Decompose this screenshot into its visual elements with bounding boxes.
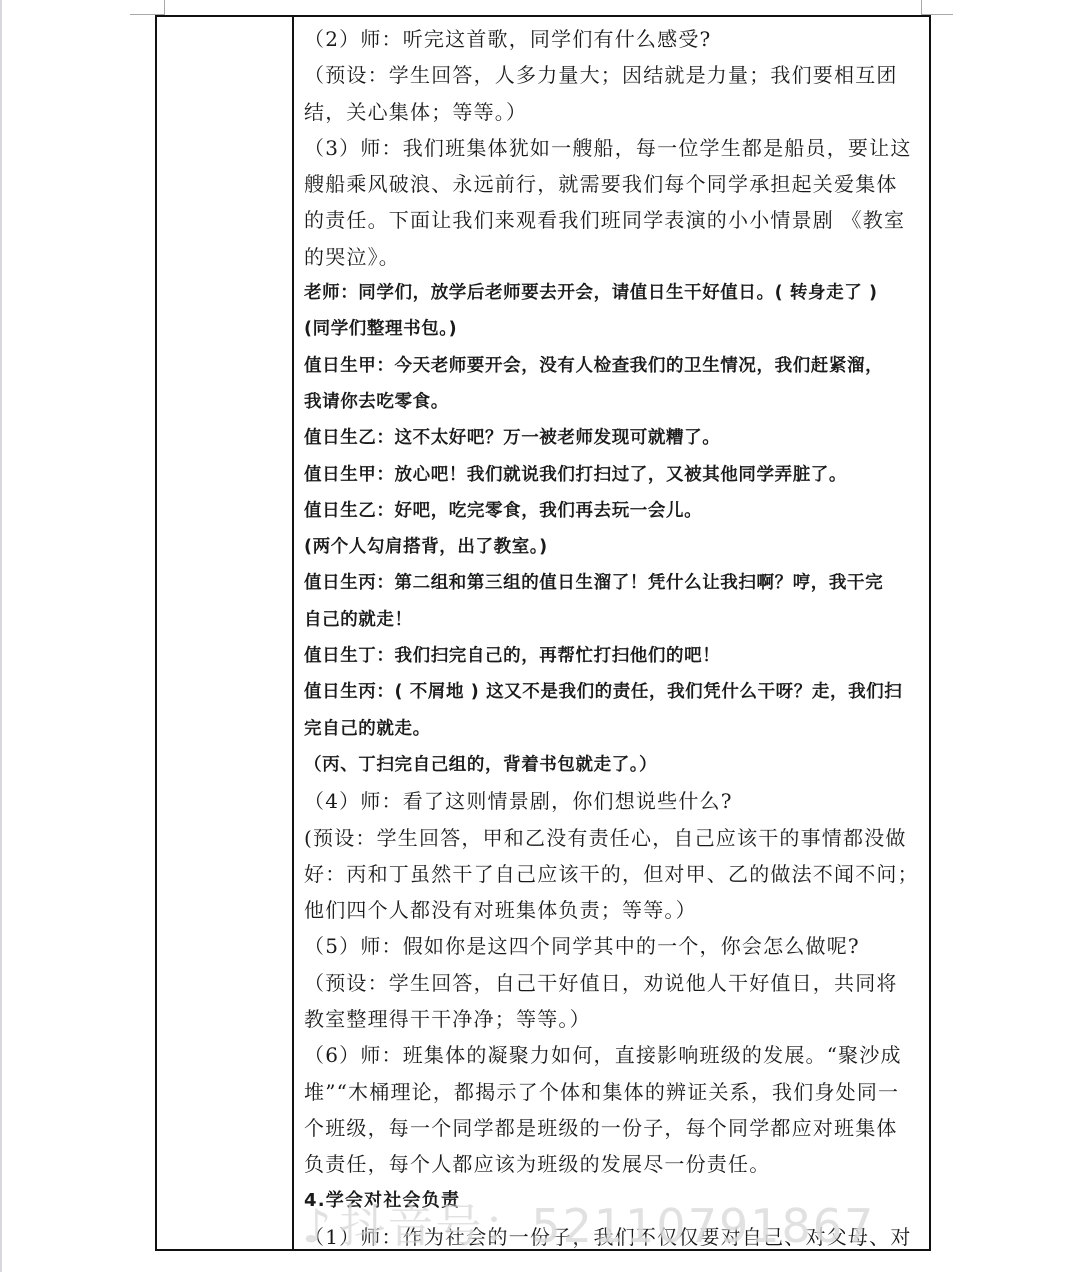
script-line: 值日生甲：放心吧！我们就说我们打扫过了，又被其他同学弄脏了。	[304, 457, 921, 493]
text-line: （4）师：看了这则情景剧，你们想说些什么?	[304, 783, 921, 819]
text-line: （1）师：作为社会的一份子，我们不仅仅要对自己、对父母、对	[304, 1219, 921, 1249]
script-line: 老师：同学们，放学后老师要去开会，请值日生干好值日。( 转身走了 )	[304, 275, 921, 311]
page-edge	[0, 0, 2, 1272]
script-line: 值日生丙：第二组和第三组的值日生溜了！凭什么让我扫啊？哼，我干完	[304, 565, 921, 601]
text-line: （5）师：假如你是这四个同学其中的一个，你会怎么做呢?	[304, 928, 921, 964]
text-line: 负责任，每个人都应该为班级的发展尽一份责任。	[304, 1146, 921, 1182]
table-left-column	[157, 17, 294, 1249]
text-line: 的哭泣》。	[304, 239, 921, 275]
text-line: （3）师：我们班集体犹如一艘船，每一位学生都是船员，要让这	[304, 130, 921, 166]
margin-corner-mark	[921, 0, 922, 14]
script-line: 值日生丙：( 不屑地 ) 这又不是我们的责任，我们凭什么干呀？走，我们扫	[304, 674, 921, 710]
text-line: 他们四个人都没有对班集体负责；等等。）	[304, 892, 921, 928]
script-line: 值日生乙：这不太好吧？万一被老师发现可就糟了。	[304, 420, 921, 456]
script-line: 完自己的就走。	[304, 711, 921, 747]
script-line: 值日生丁：我们扫完自己的，再帮忙打扫他们的吧！	[304, 638, 921, 674]
text-line: 堆”“木桶理论，都揭示了个体和集体的辨证关系，我们身处同一	[304, 1074, 921, 1110]
text-line: （2）师：听完这首歌，同学们有什么感受?	[304, 21, 921, 57]
script-line: (同学们整理书包。)	[304, 311, 921, 347]
text-line: 好：丙和丁虽然干了自己应该干的，但对甲、乙的做法不闻不问；	[304, 856, 921, 892]
text-line: 个班级，每一个同学都是班级的一份子，每个同学都应对班集体	[304, 1110, 921, 1146]
text-line: （预设：学生回答，人多力量大；因结就是力量；我们要相互团	[304, 57, 921, 93]
margin-corner-mark	[164, 0, 165, 14]
table-content-column: （2）师：听完这首歌，同学们有什么感受? （预设：学生回答，人多力量大；因结就是…	[294, 17, 929, 1249]
lesson-plan-table: （2）师：听完这首歌，同学们有什么感受? （预设：学生回答，人多力量大；因结就是…	[155, 15, 931, 1251]
text-line: 教室整理得干干净净；等等。）	[304, 1001, 921, 1037]
script-line: 自己的就走！	[304, 602, 921, 638]
text-line: (预设：学生回答，甲和乙没有责任心，自己应该干的事情都没做	[304, 820, 921, 856]
script-line: 值日生乙：好吧，吃完零食，我们再去玩一会儿。	[304, 493, 921, 529]
text-line: 艘船乘风破浪、永远前行，就需要我们每个同学承担起关爱集体	[304, 166, 921, 202]
text-line: （6）师：班集体的凝聚力如何，直接影响班级的发展。“聚沙成	[304, 1037, 921, 1073]
script-line: 我请你去吃零食。	[304, 384, 921, 420]
text-line: （预设：学生回答，自己干好值日，劝说他人干好值日，共同将	[304, 965, 921, 1001]
text-line: 结，关心集体；等等。）	[304, 94, 921, 130]
section-heading: 4.学会对社会负责	[304, 1183, 921, 1219]
script-line: （丙、丁扫完自己组的，背着书包就走了。）	[304, 747, 921, 783]
script-line: (两个人勾肩搭背，出了教室。)	[304, 529, 921, 565]
text-line: 的责任。下面让我们来观看我们班同学表演的小小情景剧 《教室	[304, 202, 921, 238]
script-line: 值日生甲：今天老师要开会，没有人检查我们的卫生情况，我们赶紧溜，	[304, 348, 921, 384]
